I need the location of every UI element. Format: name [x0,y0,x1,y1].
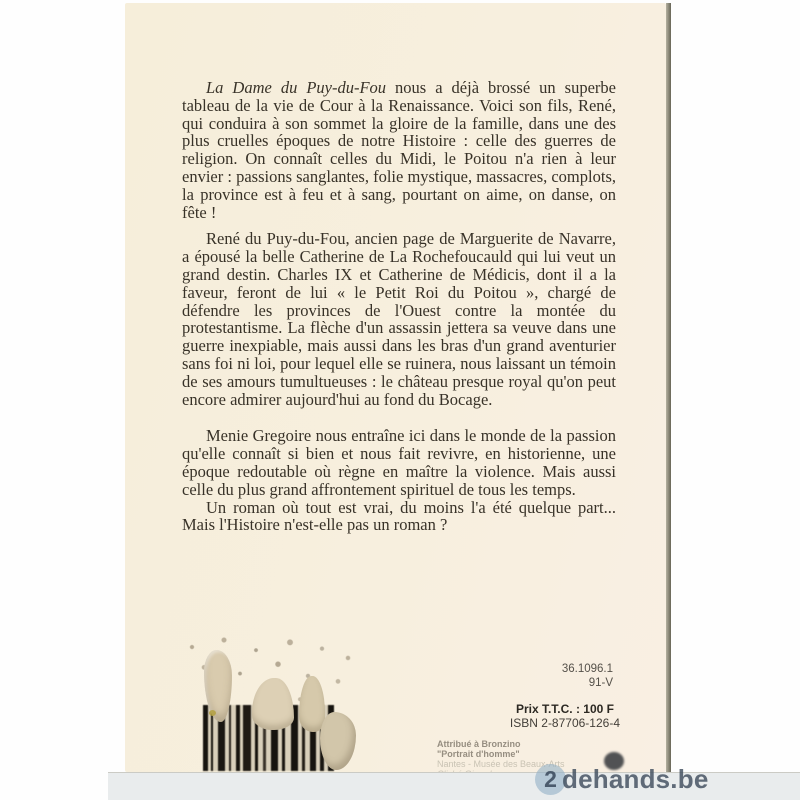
sticker-speck [209,710,216,716]
synopsis-paragraph-3: Menie Gregoire nous entraîne ici dans le… [182,427,616,498]
reference-number: 36.1096.1 [562,663,613,677]
book-back-cover-photo: La Dame du Puy-du-Fou nous a déjà brossé… [0,0,800,800]
credit-artwork-title: "Portrait d'homme" [437,749,565,759]
synopsis-text: La Dame du Puy-du-Fou nous a déjà brossé… [182,79,616,534]
synopsis-paragraph-2: René du Puy-du-Fou, ancien page de Margu… [182,230,616,408]
synopsis-paragraph-1: La Dame du Puy-du-Fou nous a déjà brossé… [182,79,616,221]
watermark-logo-digit: 2 [544,766,557,793]
watermark-text: dehands.be [562,764,708,795]
credit-attribution: Attribué à Bronzino [437,739,565,749]
pricing-block: Prix T.T.C. : 100 F ISBN 2-87706-126-4 [510,703,620,730]
isbn-label: ISBN 2-87706-126-4 [510,717,620,731]
edition-code: 91-V [562,677,613,691]
watermark-2dehands: 2 dehands.be [535,762,708,796]
print-codes: 36.1096.1 91-V [562,663,613,690]
book-page-edge [666,3,671,772]
synopsis-paragraph-4: Un roman où tout est vrai, du moins l'a … [182,499,616,535]
price-label: Prix T.T.C. : 100 F [510,703,620,717]
book-series-title: La Dame du Puy-du-Fou [206,78,386,97]
paragraph-1-text: nous a déjà brossé un superbe tableau de… [182,78,616,222]
